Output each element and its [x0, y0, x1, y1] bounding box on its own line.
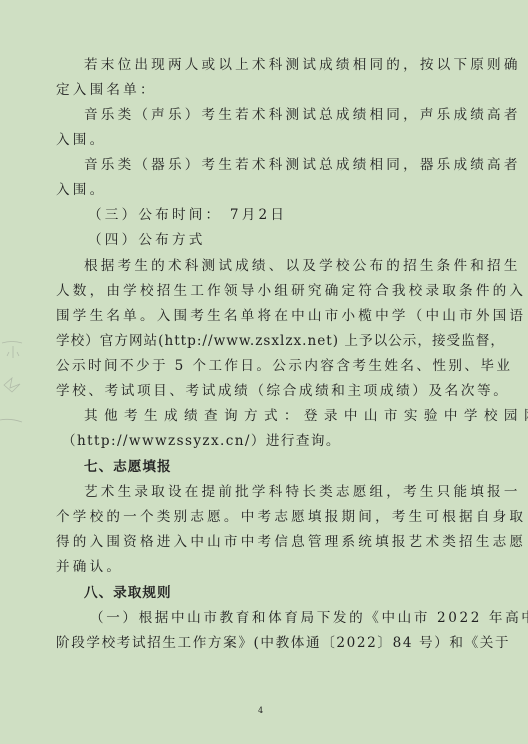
paragraph-line-url: （http://wwwzssyzx.cn/）进行查询。: [62, 432, 470, 450]
paragraph-line: 人数，由学校招生工作领导小组研究确定符合我校录取条件的入: [56, 282, 464, 300]
paragraph-line: 个学校的一个类别志愿。中考志愿填报期间，考生可根据自身取: [56, 508, 464, 526]
subheading-publish-method: （四）公布方式: [88, 231, 496, 249]
paragraph-line: 公示时间不少于 5 个工作日。公示内容含考生姓名、性别、毕业: [56, 357, 464, 375]
paragraph-line: 围学生名单。入围考生名单将在中山市小榄中学（中山市外国语: [56, 307, 464, 325]
paragraph-line: 学校、考试项目、考试成绩（综合成绩和主项成绩）及名次等。: [56, 382, 464, 400]
page-number: 4: [258, 706, 263, 715]
paragraph-line: 其他考生成绩查询方式：登录中山市实验中学校园网: [84, 407, 492, 425]
section-heading-admission: 八、录取规则: [84, 584, 492, 602]
paragraph-line: 音乐类（器乐）考生若术科测试总成绩相同，器乐成绩高者: [84, 156, 492, 174]
paragraph-line: 阶段学校考试招生工作方案》(中教体通〔2022〕84 号）和《关于: [56, 634, 464, 652]
paragraph-line: 入围。: [56, 131, 464, 149]
section-heading-volunteer: 七、志愿填报: [84, 458, 492, 476]
paragraph-line: 若末位出现两人或以上术科测试成绩相同的，按以下原则确: [84, 56, 492, 74]
paragraph-line: 音乐类（声乐）考生若术科测试总成绩相同，声乐成绩高者: [84, 106, 492, 124]
paragraph-line: 得的入围资格进入中山市中考信息管理系统填报艺术类招生志愿: [56, 533, 464, 551]
document-page: 若末位出现两人或以上术科测试成绩相同的，按以下原则确 定入围名单： 音乐类（声乐…: [0, 0, 528, 744]
paragraph-line: 艺术生录取设在提前批学科特长类志愿组，考生只能填报一: [84, 483, 492, 501]
subheading-publish-time: （三）公布时间： 7月2日: [88, 206, 496, 224]
paragraph-line: （一）根据中山市教育和体育局下发的《中山市 2022 年高中: [90, 609, 498, 627]
paragraph-line: 根据考生的术科测试成绩、以及学校公布的招生条件和招生: [84, 257, 492, 275]
paragraph-line: 定入围名单：: [56, 81, 464, 99]
paragraph-line: 入围。: [56, 181, 464, 199]
paragraph-line-url: 学校）官方网站(http://www.zsxlzx.net) 上予以公示，接受监…: [56, 332, 464, 350]
watermark-decoration-icon: [0, 340, 26, 450]
paragraph-line: 并确认。: [56, 558, 464, 576]
